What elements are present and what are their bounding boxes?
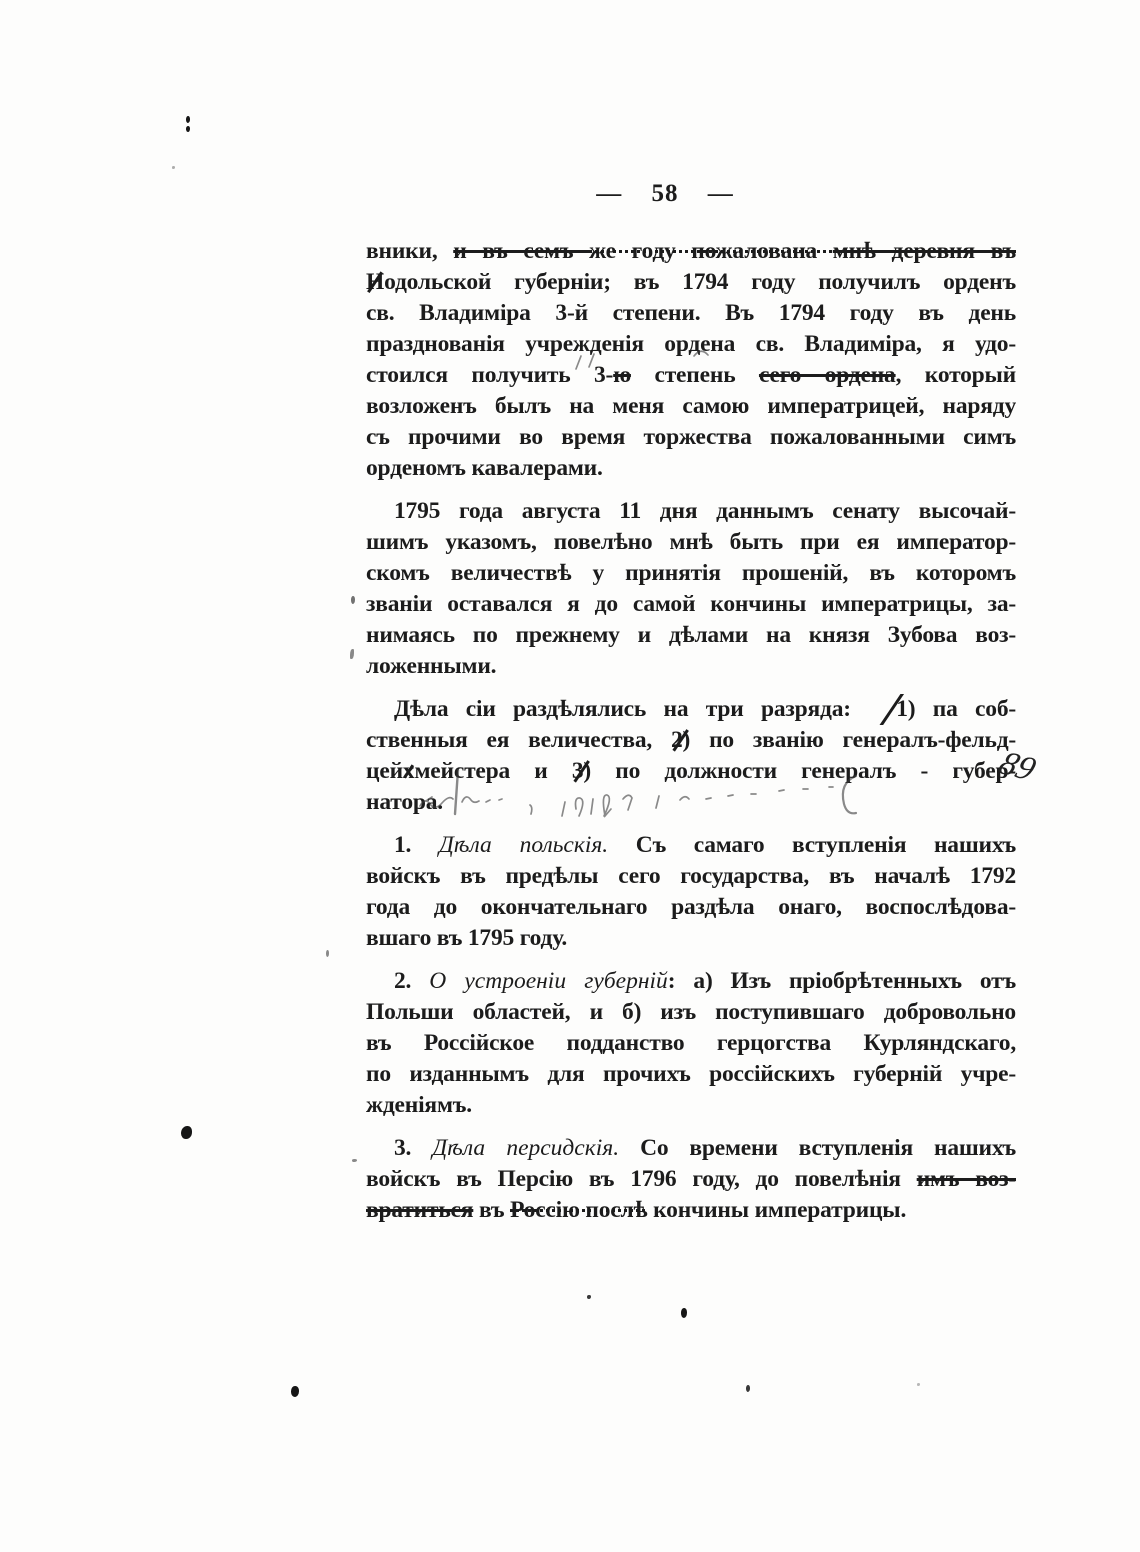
text-segment-s: ю (613, 362, 631, 388)
text-segment: нимаясь по прежнему и дѣлами на князя Зу… (366, 622, 1016, 648)
text-segment: съ прочими во время торжества пожалованн… (366, 424, 1016, 450)
text-segment-s: вратиться (366, 1197, 473, 1223)
text-segment-s: имъ воз- (917, 1166, 1016, 1192)
text-line: св. Владиміра 3-й степени. Въ 1794 году … (366, 298, 1016, 329)
text-block: вники, и въ семъ же году пожалована мнѣ … (366, 236, 1016, 1238)
ink-speck (587, 1295, 591, 1299)
ink-speck (326, 950, 329, 957)
paragraph: 1795 года августа 11 дня даннымъ сенату … (366, 496, 1016, 682)
text-segment: цей (366, 758, 403, 784)
text-line: шимъ указомъ, повелѣно мнѣ быть при ея и… (366, 527, 1016, 558)
page-number: — 58 — (315, 180, 1015, 208)
text-line: стоился получить 3-ю степень сего ордена… (366, 360, 1016, 391)
text-line: вратиться въ Россію послѣ кончины импера… (366, 1195, 1016, 1226)
text-segment: скомъ величествѣ у принятія прошеній, въ… (366, 560, 1016, 586)
text-segment: по званію генералъ-фельд- (690, 727, 1016, 753)
text-line: цейхмейстера и 3) по должности генералъ … (366, 756, 1016, 787)
ink-speck (186, 126, 190, 132)
text-segment: въ (473, 1197, 510, 1223)
text-segment: 1. (394, 832, 439, 858)
text-line: войскъ въ предѣлы сего государства, въ н… (366, 861, 1016, 892)
text-segment: степень (631, 362, 759, 388)
text-line: по изданнымъ для прочихъ россійскихъ губ… (366, 1059, 1016, 1090)
text-segment: , который (896, 362, 1016, 388)
text-line: празднованія учрежденія ордена св. Влади… (366, 329, 1016, 360)
text-segment-s: мнѣ деревня въ (833, 238, 1016, 264)
text-line: скомъ величествѣ у принятія прошеній, въ… (366, 558, 1016, 589)
text-segment: празднованія учрежденія ордена св. Влади… (366, 331, 1016, 357)
text-line: 1795 года августа 11 дня даннымъ сенату … (366, 496, 1016, 527)
text-segment: 3. (394, 1135, 432, 1161)
text-line: нимаясь по прежнему и дѣлами на князя Зу… (366, 620, 1016, 651)
text-segment-i: О устроеніи губерній (429, 968, 668, 994)
ink-speck (291, 1386, 299, 1397)
text-line: возложенъ былъ на меня самою императрице… (366, 391, 1016, 422)
text-segment: стоился получить 3- (366, 362, 613, 388)
text-segment: натора. (366, 789, 443, 815)
text-line: ственныя ея величества, 2) по званію ген… (366, 725, 1016, 756)
book-page: — 58 — вники, и въ семъ же году пожалова… (0, 0, 1140, 1552)
text-segment: орденомъ кавалерами. (366, 455, 603, 481)
text-segment: въ Россійское подданство герцогства Курл… (366, 1030, 1016, 1056)
text-segment: ственныя ея величества, (366, 727, 671, 753)
text-segment: Дѣла сіи раздѣлялись на три разряда: (394, 696, 868, 722)
text-segment-x: х (403, 756, 415, 787)
ink-speck (917, 1383, 920, 1386)
text-segment: вшаго въ 1795 году. (366, 925, 567, 951)
paragraph: Дѣла сіи раздѣлялись на три разряда: 1) … (366, 694, 1016, 818)
paragraph: вники, и въ семъ же году пожалована мнѣ … (366, 236, 1016, 484)
text-segment: Со времени вступленія нашихъ (619, 1135, 1016, 1161)
text-segment: 1795 года августа 11 дня даннымъ сенату … (394, 498, 1016, 524)
text-segment: мейстера и (414, 758, 571, 784)
paragraph: 1. Дѣла польскія. Съ самаго вступленія н… (366, 830, 1016, 954)
ink-speck (746, 1385, 750, 1392)
text-segment-x: Н (366, 267, 384, 298)
text-line: 3. Дѣла персидскія. Со времени вступлені… (366, 1133, 1016, 1164)
text-line: жденіямъ. (366, 1090, 1016, 1121)
text-segment-s: сего ордена (759, 362, 896, 388)
ink-speck (172, 166, 175, 169)
text-line: званіи оставался я до самой кончины импе… (366, 589, 1016, 620)
text-line: Польши областей, и б) изъ поступившаго д… (366, 997, 1016, 1028)
text-segment: Польши областей, и б) изъ поступившаго д… (366, 999, 1016, 1025)
text-segment: св. Владиміра 3-й степени. Въ 1794 году … (366, 300, 1016, 326)
ink-speck (181, 1126, 192, 1139)
text-segment: по изданнымъ для прочихъ россійскихъ губ… (366, 1061, 1016, 1087)
text-segment: войскъ въ Персію въ 1796 году, до повелѣ… (366, 1166, 917, 1192)
ink-speck (350, 649, 354, 659)
ink-speck (351, 596, 355, 604)
text-segment-s: и въ семъ (453, 238, 589, 264)
text-line: войскъ въ Персію въ 1796 году, до повелѣ… (366, 1164, 1016, 1195)
text-line: орденомъ кавалерами. (366, 453, 1016, 484)
text-segment: шимъ указомъ, повелѣно мнѣ быть при ея и… (366, 529, 1016, 555)
text-segment: : а) Изъ пріобрѣтенныхъ отъ (668, 968, 1016, 994)
ink-speck (186, 116, 190, 123)
text-segment: Съ самаго вступленія нашихъ (608, 832, 1016, 858)
text-segment: по должности генералъ - губер- (591, 758, 1016, 784)
text-segment: ложенными. (366, 653, 496, 679)
text-segment: па соб- (915, 696, 1016, 722)
text-line: Нодольской губерніи; въ 1794 году получи… (366, 267, 1016, 298)
text-line: 1. Дѣла польскія. Съ самаго вступленія н… (366, 830, 1016, 861)
text-line: 2. О устроеніи губерній: а) Изъ пріобрѣт… (366, 966, 1016, 997)
ink-speck (681, 1308, 687, 1318)
text-segment: званіи оставался я до самой кончины импе… (366, 591, 1016, 617)
paragraph: 2. О устроеніи губерній: а) Изъ пріобрѣт… (366, 966, 1016, 1121)
text-line: ложенными. (366, 651, 1016, 682)
text-line: вшаго въ 1795 году. (366, 923, 1016, 954)
paragraph: 3. Дѣла персидскія. Со времени вступлені… (366, 1133, 1016, 1226)
text-segment-x: 2) (671, 725, 690, 756)
text-line: вники, и въ семъ же году пожалована мнѣ … (366, 236, 1016, 267)
text-segment: войскъ въ предѣлы сего государства, въ н… (366, 863, 1016, 889)
text-segment-sd: Россію послѣ (510, 1197, 647, 1223)
text-segment: 2. (394, 968, 429, 994)
text-line: въ Россійское подданство герцогства Курл… (366, 1028, 1016, 1059)
text-segment: года до окончательнаго раздѣла онаго, во… (366, 894, 1016, 920)
text-segment-x: 1) (868, 694, 915, 725)
text-segment: возложенъ былъ на меня самою императрице… (366, 393, 1016, 419)
text-line: съ прочими во время торжества пожалованн… (366, 422, 1016, 453)
text-line: натора. (366, 787, 1016, 818)
text-segment: жденіямъ. (366, 1092, 472, 1118)
text-segment: одольской губерніи; въ 1794 году получил… (384, 269, 1016, 295)
text-segment-x: 3) (572, 756, 591, 787)
text-segment-i: Дѣла польскія. (439, 832, 608, 858)
text-segment: кончины императрицы. (647, 1197, 906, 1223)
text-line: Дѣла сіи раздѣлялись на три разряда: 1) … (366, 694, 1016, 725)
text-segment-sd: же году пожалована (589, 238, 833, 264)
ink-speck (352, 1159, 357, 1162)
text-line: года до окончательнаго раздѣла онаго, во… (366, 892, 1016, 923)
text-segment: вники, (366, 238, 453, 264)
text-segment-i: Дѣла персидскія. (432, 1135, 619, 1161)
